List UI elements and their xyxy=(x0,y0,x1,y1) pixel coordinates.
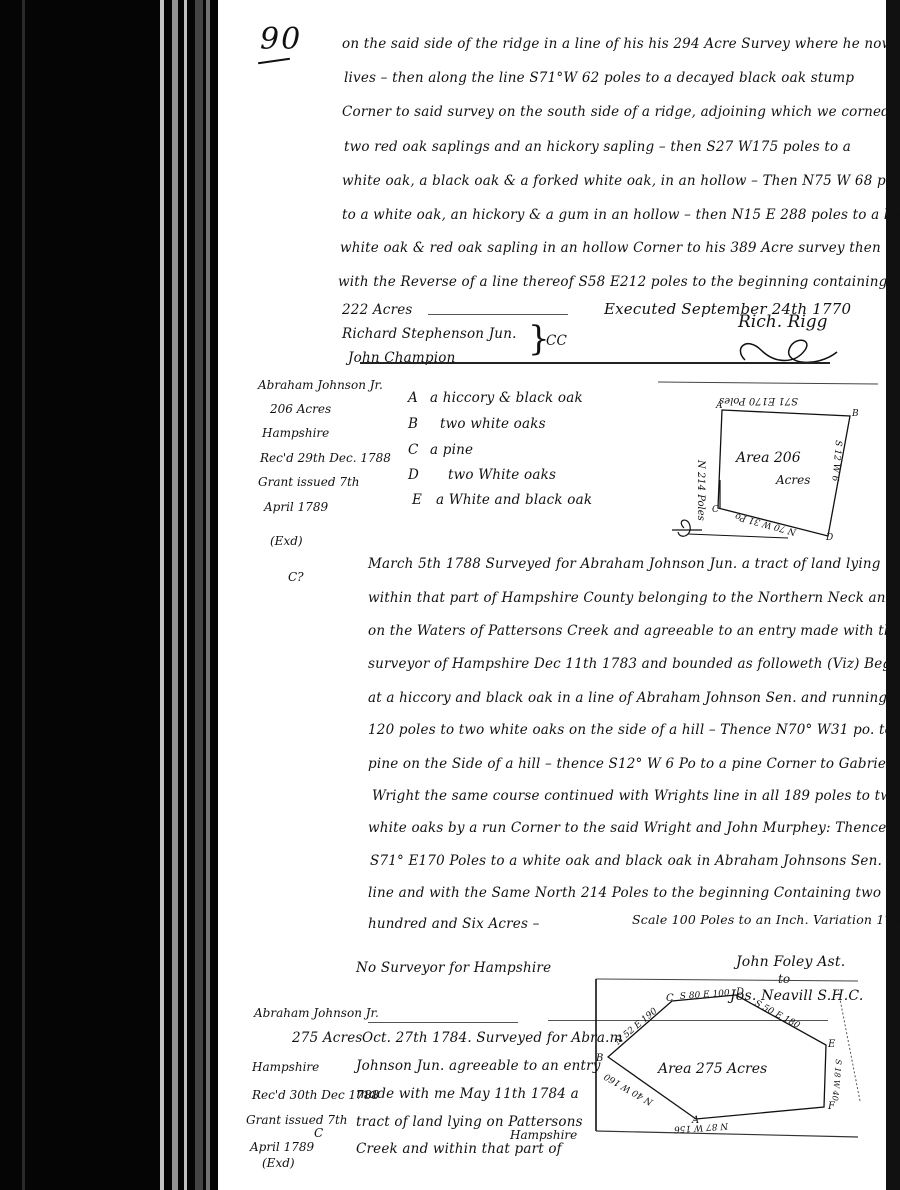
plat-side-label: N 87 W 156 xyxy=(673,1120,729,1134)
corner-letter: B xyxy=(851,409,859,419)
section-divider xyxy=(368,1022,518,1023)
corner-letter: F xyxy=(827,1101,836,1112)
legend-text: two white oaks xyxy=(440,416,546,432)
legend-text: a pine xyxy=(430,442,473,458)
text-line: Creek and within that part of xyxy=(356,1141,562,1157)
plat-side-label: S 80 E 100 xyxy=(680,989,731,1002)
binding-stripe xyxy=(195,0,203,1190)
section-divider xyxy=(360,362,830,364)
text-line: 120 poles to two white oaks on the side … xyxy=(368,722,900,738)
text-line: surveyor of Hampshire Dec 11th 1783 and … xyxy=(368,656,900,672)
text-line: made with me May 11th 1784 a xyxy=(356,1086,579,1102)
plat-diagram-275-acres: Area 275 Acres A B C D E F N 52 E 190 S … xyxy=(588,975,878,1145)
margin-note: (Exd) xyxy=(262,1156,295,1170)
scanner-binding-margin xyxy=(0,0,218,1190)
text-line: Corner to said survey on the south side … xyxy=(342,104,890,120)
text-line: Wright the same course continued with Wr… xyxy=(372,788,900,804)
text-line: two red oak saplings and an hickory sapl… xyxy=(344,139,851,155)
legend-text: two White oaks xyxy=(448,467,556,483)
dash-rule xyxy=(428,314,568,315)
text-line: hundred and Six Acres – xyxy=(368,916,540,932)
compass-fleur-icon xyxy=(672,520,702,536)
plat-side-label: N 214 Poles xyxy=(695,459,706,521)
plat-side-label: N 70 W 31 Po xyxy=(734,510,799,536)
binding-stripe xyxy=(22,0,25,1190)
text-line: Johnson Jun. agreeable to an entry xyxy=(356,1058,601,1074)
page-number-underline xyxy=(258,58,290,64)
corner-letter: E xyxy=(827,1039,836,1050)
surveyor-note: No Surveyor for Hampshire xyxy=(356,960,551,976)
plat-side-label: S 50 E 180 xyxy=(753,999,802,1031)
document-page: 90 on the said side of the ridge in a li… xyxy=(218,0,886,1190)
text-line: white oak, a black oak & a forked white … xyxy=(342,173,900,189)
corner-letter: C xyxy=(712,505,719,515)
corner-letter: C xyxy=(666,993,674,1004)
acres-total: 222 Acres xyxy=(342,302,413,318)
corner-letter: D xyxy=(825,533,833,540)
legend-letter: D xyxy=(408,467,419,483)
legend-text: a hiccory & black oak xyxy=(430,390,583,406)
margin-note: Grant issued 7th xyxy=(246,1113,348,1127)
text-line: line and with the Same North 214 Poles t… xyxy=(368,885,881,901)
text-line: within that part of Hampshire County bel… xyxy=(368,590,895,606)
binding-stripe xyxy=(206,0,210,1190)
legend-letter: C xyxy=(408,442,419,458)
margin-note: April 1789 xyxy=(250,1140,314,1154)
legend-text: a White and black oak xyxy=(436,492,592,508)
margin-note: Abraham Johnson Jr. xyxy=(254,1006,379,1020)
margin-note: April 1789 xyxy=(264,500,328,514)
margin-note: Hampshire xyxy=(252,1060,319,1074)
page-number: 90 xyxy=(260,22,302,57)
margin-note: Grant issued 7th xyxy=(258,475,360,489)
margin-mark: C? xyxy=(288,570,304,584)
text-line: pine on the Side of a hill – thence S12°… xyxy=(368,756,891,772)
signature-flourish-icon xyxy=(733,330,843,370)
corner-letter: A xyxy=(715,401,723,411)
text-line: to a white oak, an hickory & a gum in an… xyxy=(342,207,900,223)
text-line: Hampshire xyxy=(510,1128,577,1142)
binding-stripe xyxy=(184,0,187,1190)
text-line: on the said side of the ridge in a line … xyxy=(342,36,893,52)
signature: Rich. Rigg xyxy=(738,312,828,332)
chain-carriers-label: CC xyxy=(546,333,567,349)
plat-diagram-206-acres: S71 E170 Poles N 214 Poles S 12 W 6 N 70… xyxy=(658,380,878,540)
scale-note: Scale 100 Poles to an Inch. Variation 1°… xyxy=(632,912,900,927)
text-line: on the Waters of Pattersons Creek and ag… xyxy=(368,623,900,639)
plat-side-label: S 18 W 40 xyxy=(830,1059,843,1101)
text-line: March 5th 1788 Surveyed for Abraham John… xyxy=(368,556,881,572)
margin-note: 206 Acres xyxy=(270,402,331,416)
margin-mark: C xyxy=(314,1126,323,1140)
margin-note: Rec'd 29th Dec. 1788 xyxy=(260,451,391,465)
margin-note: Hampshire xyxy=(262,426,329,440)
chain-carrier-name: Richard Stephenson Jun. xyxy=(342,326,517,342)
signature-line: John Foley Ast. xyxy=(736,954,845,970)
plat-side-label: S 12 W 6 xyxy=(829,440,843,482)
margin-note: (Exd) xyxy=(270,534,303,548)
corner-letter: B xyxy=(595,1053,603,1064)
plat-area-unit: Acres xyxy=(775,473,810,487)
text-line: white oak & red oak sapling in an hollow… xyxy=(340,240,881,256)
text-line: Oct. 27th 1784. Surveyed for Abra.m xyxy=(362,1030,623,1046)
binding-stripe xyxy=(172,0,178,1190)
text-line: with the Reverse of a line thereof S58 E… xyxy=(338,274,887,290)
text-line: lives – then along the line S71°W 62 pol… xyxy=(344,70,854,86)
text-line: at a hiccory and black oak in a line of … xyxy=(368,690,900,706)
legend-letter: E xyxy=(412,492,422,508)
legend-letter: B xyxy=(408,416,418,432)
text-line: S71° E170 Poles to a white oak and black… xyxy=(370,853,882,869)
corner-letter: D xyxy=(735,987,744,998)
plat-side-label: N 40 W 160 xyxy=(603,1071,656,1107)
binding-stripe xyxy=(160,0,164,1190)
plat-side-label: S71 E170 Poles xyxy=(719,395,798,406)
plat-area-label: Area 206 xyxy=(734,450,801,466)
margin-note: Abraham Johnson Jr. xyxy=(258,378,383,392)
plat-side-label: N 52 E 190 xyxy=(613,1006,660,1048)
plat-area-label: Area 275 Acres xyxy=(656,1061,767,1077)
text-line: white oaks by a run Corner to the said W… xyxy=(368,820,886,836)
acres-label: 275 Acres xyxy=(292,1030,363,1046)
legend-letter: A xyxy=(408,390,418,406)
